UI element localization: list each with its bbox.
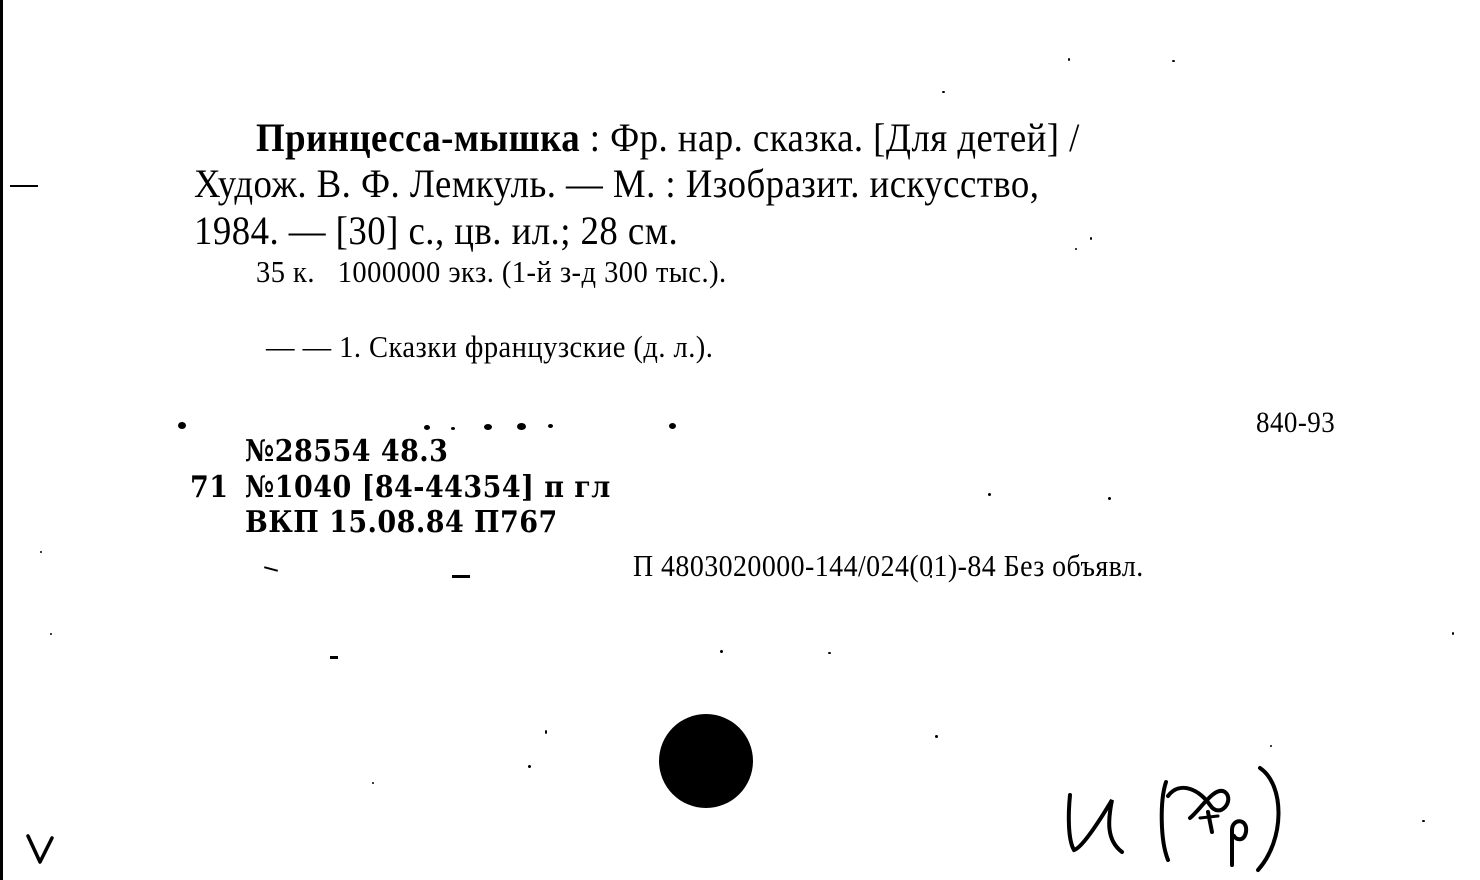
subject-heading-line: — — 1. Сказки французские (д. л.). — [266, 329, 713, 365]
catalog-number-line-3: ВКП 15.08.84 П767 — [245, 505, 558, 540]
illustrator-publisher-line: Худож. В. Ф. Лемкуль. — М. : Изобразит. … — [194, 160, 1039, 207]
year-pages-line: 1984. — [30] с., цв. ил.; 28 см. — [194, 207, 678, 254]
catalog-prefix-number: 71 — [190, 470, 228, 505]
catalog-number-line-2: №1040 [84-44354] п гл — [245, 470, 611, 505]
stray-mark — [330, 656, 338, 659]
check-mark-svg — [22, 828, 62, 868]
handwritten-check-mark — [22, 828, 62, 873]
udk-code: 840-93 — [1256, 406, 1335, 440]
catalog-number-line-1: №28554 48.3 — [245, 434, 448, 469]
title-statement: : Фр. нар. сказка. [Для детей] / — [580, 115, 1080, 160]
card-left-edge — [0, 0, 3, 880]
price-print-run-line: 35 к. 1000000 экз. (1-й з-д 300 тыс.). — [256, 254, 727, 290]
stray-mark — [264, 566, 278, 572]
handwriting-svg — [1060, 760, 1290, 880]
title-line: Принцесса-мышка : Фр. нар. сказка. [Для … — [256, 114, 1080, 161]
stray-mark — [10, 185, 38, 187]
stray-mark — [452, 575, 470, 578]
punch-hole — [659, 714, 753, 808]
publisher-index-line: П 4803020000-144/024(01)-84 Без объявл. — [633, 548, 1144, 584]
catalog-card: Принцесса-мышка : Фр. нар. сказка. [Для … — [0, 0, 1480, 880]
book-title: Принцесса-мышка — [256, 115, 580, 160]
handwritten-note — [1060, 760, 1290, 880]
